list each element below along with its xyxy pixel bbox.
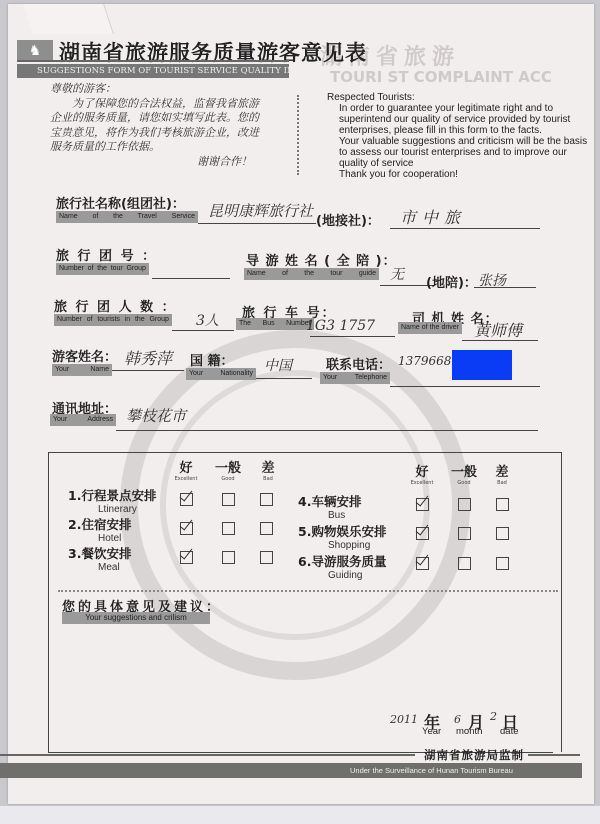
checkbox-itinerary-excellent[interactable] [180, 493, 193, 506]
bus-number-field[interactable]: 1G3 1757 [306, 318, 375, 334]
nationality-field[interactable]: 中国 [264, 355, 292, 375]
bus-number-underline [310, 336, 395, 337]
intro-cn-body: 为了保障您的合法权益，监督我省旅游企业的服务质量，请您如实填写此表。您的宝贵意见… [50, 97, 260, 155]
rating-item-shopping: 5.购物娱乐安排Shopping [298, 522, 386, 551]
tour-group-underline [152, 278, 230, 279]
suggestions-field[interactable] [70, 630, 550, 700]
travel-service-label-en: NameoftheTravelService [56, 211, 198, 223]
checkbox-itinerary-good[interactable] [222, 493, 235, 506]
checkbox-meal-excellent[interactable] [180, 551, 193, 564]
intro-cn-thanks: 谢谢合作！ [50, 155, 260, 170]
local-guide-label: (地陪)： [426, 272, 477, 291]
tour-group-label: 旅 行 团 号 ： [56, 245, 157, 264]
local-agency-label: (地接社)： [316, 210, 380, 229]
footer-rule-left [0, 754, 415, 756]
checkbox-hotel-good[interactable] [222, 522, 235, 535]
checkbox-guiding-bad[interactable] [496, 557, 509, 570]
nationality-label-en: YourNationality [186, 368, 256, 380]
telephone-underline [390, 386, 540, 387]
travel-service-label: 旅行社名称(组团社)： [56, 193, 185, 212]
driver-name-underline [462, 340, 538, 341]
suggestions-divider [58, 590, 558, 592]
intro-cn: 尊敬的游客： 为了保障您的合法权益，监督我省旅游企业的服务质量，请您如实填写此表… [50, 82, 260, 169]
form-title-cn: 湖南省旅游服务质量游客意见表 [59, 37, 367, 67]
local-agency-underline [390, 228, 540, 229]
group-size-label: 旅 行 团 人 数 ： [54, 296, 177, 315]
tourist-name-label: 游客姓名： [52, 346, 117, 365]
checkbox-hotel-excellent[interactable] [180, 522, 193, 535]
rating-item-bus: 4.车辆安排Bus [298, 492, 361, 521]
checkbox-guiding-excellent[interactable] [416, 557, 429, 570]
address-field[interactable]: 攀枝花市 [126, 405, 186, 426]
tour-guide-label-en: Nameofthetourguide [244, 268, 379, 280]
rating-item-hotel: 2.住宿安排Hotel [68, 515, 131, 544]
group-size-label-en: NumberoftouristsintheGroup [54, 314, 172, 326]
tour-guide-field[interactable]: 无 [390, 264, 404, 284]
intro-en-para2: Your valuable suggestions and criticism … [327, 136, 589, 169]
intro-cn-salutation: 尊敬的游客： [50, 82, 260, 97]
suggestions-label-en: Your suggestions and crilism [62, 612, 210, 624]
checkbox-shopping-bad[interactable] [496, 527, 509, 540]
tour-guide-label: 导 游 姓 名 ( 全 陪 )： [246, 250, 397, 269]
checkbox-hotel-bad[interactable] [260, 522, 273, 535]
folded-corner [23, 4, 114, 34]
checkbox-meal-good[interactable] [222, 551, 235, 564]
driver-name-label-en: Nameofthedriver [398, 322, 462, 334]
col-good-left: 一般Good [210, 462, 246, 482]
rating-item-meal: 3.餐饮安排Meal [68, 544, 131, 573]
group-size-field[interactable]: 3人 [196, 310, 219, 330]
title-divider [17, 60, 289, 62]
checkbox-bus-excellent[interactable] [416, 498, 429, 511]
intro-en: Respected Tourists: In order to guarante… [327, 92, 589, 180]
checkbox-itinerary-bad[interactable] [260, 493, 273, 506]
date-month-en: month [456, 726, 482, 737]
local-agency-field[interactable]: 市中旅 [400, 205, 466, 228]
intro-divider [297, 95, 299, 175]
date-month-value[interactable]: 6 [454, 713, 461, 726]
col-bad-right: 差Bad [484, 466, 520, 486]
travel-service-underline [198, 223, 316, 224]
local-guide-underline [474, 287, 536, 288]
intro-en-salutation: Respected Tourists: [327, 92, 589, 103]
scan-background [0, 806, 600, 824]
col-bad-left: 差Bad [250, 462, 286, 482]
checkbox-shopping-excellent[interactable] [416, 527, 429, 540]
footer-authority-en: Under the Surveillance of Hunan Tourism … [350, 763, 513, 778]
checkbox-meal-bad[interactable] [260, 551, 273, 564]
nationality-underline [256, 378, 312, 379]
telephone-label-en: YourTelephone [320, 372, 390, 384]
checkbox-bus-good[interactable] [458, 498, 471, 511]
footer-authority-cn: 湖南省旅游局监制 [424, 747, 524, 763]
date-day-en: date [500, 726, 519, 737]
checkbox-shopping-good[interactable] [458, 527, 471, 540]
group-size-underline [172, 330, 234, 331]
driver-name-field[interactable]: 黄师傅 [474, 318, 522, 341]
rating-item-itinerary: 1.行程景点安排Ltinerary [68, 486, 156, 515]
address-underline [116, 430, 538, 431]
checkbox-bus-bad[interactable] [496, 498, 509, 511]
travel-service-field[interactable]: 昆明康辉旅行社 [208, 200, 313, 221]
rating-item-guiding: 6.导游服务质量Guiding [298, 552, 386, 581]
intro-en-para1: In order to guarantee your legitimate ri… [327, 103, 589, 136]
checkbox-guiding-good[interactable] [458, 557, 471, 570]
address-label-en: YourAddress [50, 414, 116, 426]
horse-logo-icon: ♞ [17, 40, 53, 62]
tour-group-label-en: NumberofthetourGroup [56, 263, 149, 275]
telephone-redaction [452, 350, 512, 380]
tourist-name-label-en: YourName [52, 364, 112, 376]
intro-en-thanks: Thank you for cooperation! [327, 169, 589, 180]
col-good-right: 一般Good [446, 466, 482, 486]
col-excellent-left: 好Excellent [168, 462, 204, 482]
nationality-label: 国 籍： [190, 350, 234, 369]
telephone-label: 联系电话： [326, 354, 391, 373]
bleed-through-subtitle: TOURI ST COMPLAINT ACC [330, 68, 552, 86]
tourist-name-underline [112, 370, 184, 371]
date-day-value[interactable]: 2 [490, 710, 497, 723]
date-year-en: Year [422, 726, 441, 737]
date-year-value[interactable]: 2011 [390, 713, 418, 726]
bus-number-label-en: TheBusNumber [236, 318, 314, 330]
footer-rule-right [528, 754, 580, 756]
col-excellent-right: 好Excellent [404, 466, 440, 486]
telephone-field[interactable]: 1379668 [398, 354, 451, 368]
form-title-en: SUGGESTIONS FORM OF TOURIST SERVICE QUAL… [37, 64, 319, 78]
tourist-name-field[interactable]: 韩秀萍 [124, 346, 172, 369]
